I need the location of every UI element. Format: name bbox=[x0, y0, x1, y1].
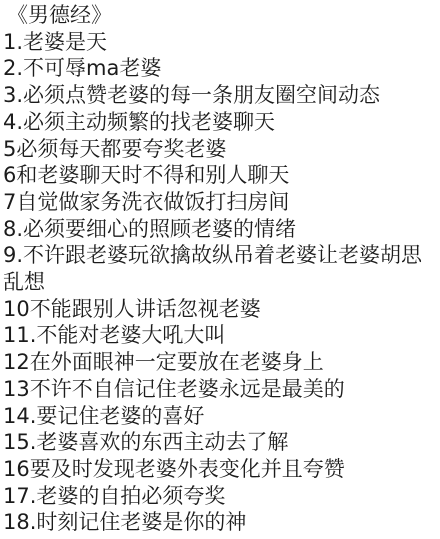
list-item-15: 15.老婆喜欢的东西主动去了解 bbox=[3, 429, 439, 456]
list-item-16: 16要及时发现老婆外表变化并且夸赞 bbox=[3, 456, 439, 483]
list-item-7: 7自觉做家务洗衣做饭打扫房间 bbox=[3, 189, 439, 216]
list-item-3: 3.必须点赞老婆的每一条朋友圈空间动态 bbox=[3, 82, 439, 109]
document-title: 《男德经》 bbox=[3, 2, 439, 29]
list-item-6: 6和老婆聊天时不得和别人聊天 bbox=[3, 162, 439, 189]
list-item-8: 8.必须要细心的照顾老婆的情绪 bbox=[3, 216, 439, 243]
list-item-14: 14.要记住老婆的喜好 bbox=[3, 403, 439, 430]
list-item-1: 1.老婆是天 bbox=[3, 29, 439, 56]
list-item-12: 12在外面眼神一定要放在老婆身上 bbox=[3, 349, 439, 376]
list-item-10: 10不能跟别人讲话忽视老婆 bbox=[3, 296, 439, 323]
list-item-4: 4.必须主动频繁的找老婆聊天 bbox=[3, 109, 439, 136]
document: 《男德经》 1.老婆是天 2.不可辱ma老婆 3.必须点赞老婆的每一条朋友圈空间… bbox=[3, 2, 439, 536]
list-item-2: 2.不可辱ma老婆 bbox=[3, 55, 439, 82]
list-item-17: 17.老婆的自拍必须夸奖 bbox=[3, 483, 439, 510]
list-item-11: 11.不能对老婆大吼大叫 bbox=[3, 322, 439, 349]
list-item-13: 13不许不自信记住老婆永远是最美的 bbox=[3, 376, 439, 403]
list-item-18: 18.时刻记住老婆是你的神 bbox=[3, 509, 439, 536]
list-item-5: 5必须每天都要夸奖老婆 bbox=[3, 136, 439, 163]
list-item-9: 9.不许跟老婆玩欲擒故纵吊着老婆让老婆胡思乱想 bbox=[3, 242, 423, 295]
